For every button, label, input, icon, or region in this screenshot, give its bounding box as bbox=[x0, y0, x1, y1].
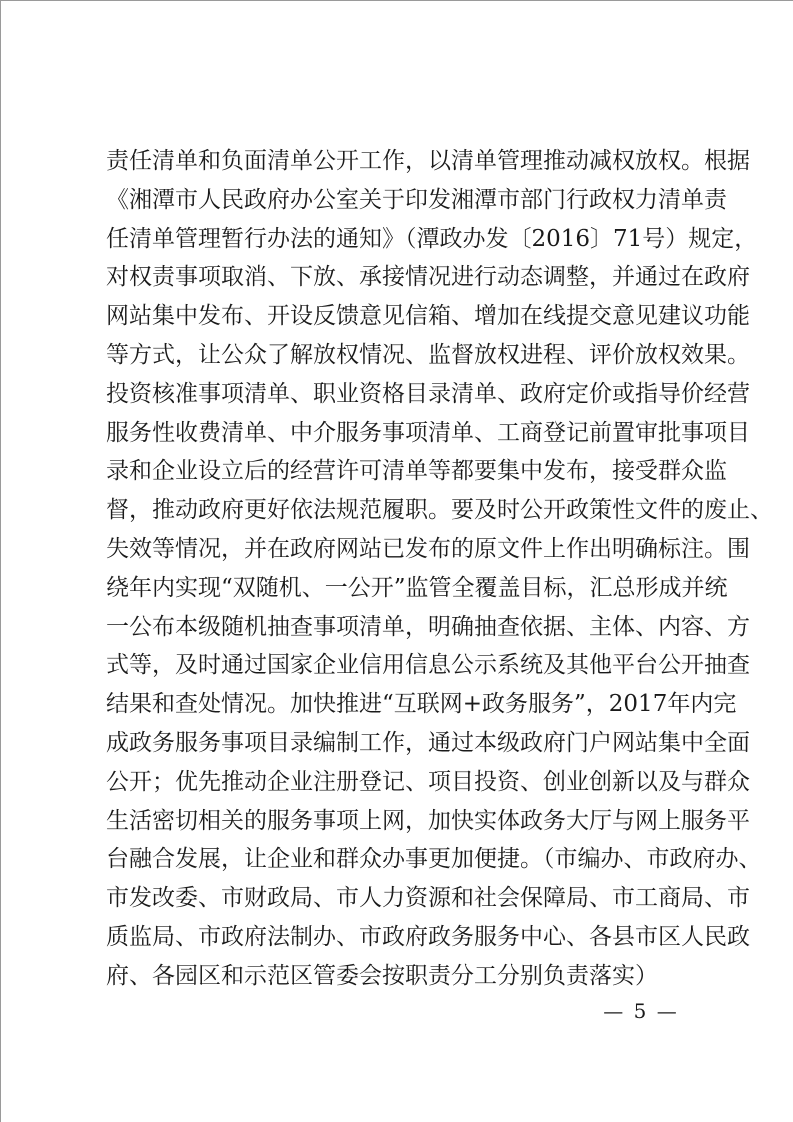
text-line: 绕年内实现“双随机、一公开”监管全覆盖目标，汇总形成并统 bbox=[106, 569, 692, 608]
body-paragraph: 责任清单和负面清单公开工作，以清单管理推动减权放权。根据 《湘潭市人民政府办公室… bbox=[106, 142, 692, 996]
text-line: 市发改委、市财政局、市人力资源和社会保障局、市工商局、市 bbox=[106, 879, 692, 918]
page-number: — 5 — bbox=[601, 999, 681, 1023]
text-line: 等方式，让公众了解放权情况、监督放权进程、评价放权效果。 bbox=[106, 336, 692, 375]
text-line: 投资核准事项清单、职业资格目录清单、政府定价或指导价经营 bbox=[106, 375, 692, 414]
text-line: 一公布本级随机抽查事项清单，明确抽查依据、主体、内容、方 bbox=[106, 608, 692, 647]
text-line: 府、各园区和示范区管委会按职责分工分别负责落实） bbox=[106, 957, 692, 996]
text-line: 《湘潭市人民政府办公室关于印发湘潭市部门行政权力清单责 bbox=[106, 181, 692, 220]
text-line: 督，推动政府更好依法规范履职。要及时公开政策性文件的废止、 bbox=[106, 491, 692, 530]
document-page: 责任清单和负面清单公开工作，以清单管理推动减权放权。根据 《湘潭市人民政府办公室… bbox=[0, 0, 793, 1122]
text-line: 公开；优先推动企业注册登记、项目投资、创业创新以及与群众 bbox=[106, 763, 692, 802]
text-line: 结果和查处情况。加快推进“互联网+政务服务”，2017年内完 bbox=[106, 685, 692, 724]
text-line: 服务性收费清单、中介服务事项清单、工商登记前置审批事项目 bbox=[106, 414, 692, 453]
text-line: 质监局、市政府法制办、市政府政务服务中心、各县市区人民政 bbox=[106, 918, 692, 957]
text-line: 对权责事项取消、下放、承接情况进行动态调整，并通过在政府 bbox=[106, 258, 692, 297]
text-line: 录和企业设立后的经营许可清单等都要集中发布，接受群众监 bbox=[106, 452, 692, 491]
text-line: 生活密切相关的服务事项上网，加快实体政务大厅与网上服务平 bbox=[106, 802, 692, 841]
text-line: 成政务服务事项目录编制工作，通过本级政府门户网站集中全面 bbox=[106, 724, 692, 763]
text-line: 网站集中发布、开设反馈意见信箱、增加在线提交意见建议功能 bbox=[106, 297, 692, 336]
text-line: 责任清单和负面清单公开工作，以清单管理推动减权放权。根据 bbox=[106, 142, 692, 181]
text-line: 式等，及时通过国家企业信用信息公示系统及其他平台公开抽查 bbox=[106, 646, 692, 685]
text-line: 任清单管理暂行办法的通知》（潭政办发〔2016〕71号）规定， bbox=[106, 220, 692, 259]
text-line: 失效等情况，并在政府网站已发布的原文件上作出明确标注。围 bbox=[106, 530, 692, 569]
text-line: 台融合发展，让企业和群众办事更加便捷。（市编办、市政府办、 bbox=[106, 840, 692, 879]
